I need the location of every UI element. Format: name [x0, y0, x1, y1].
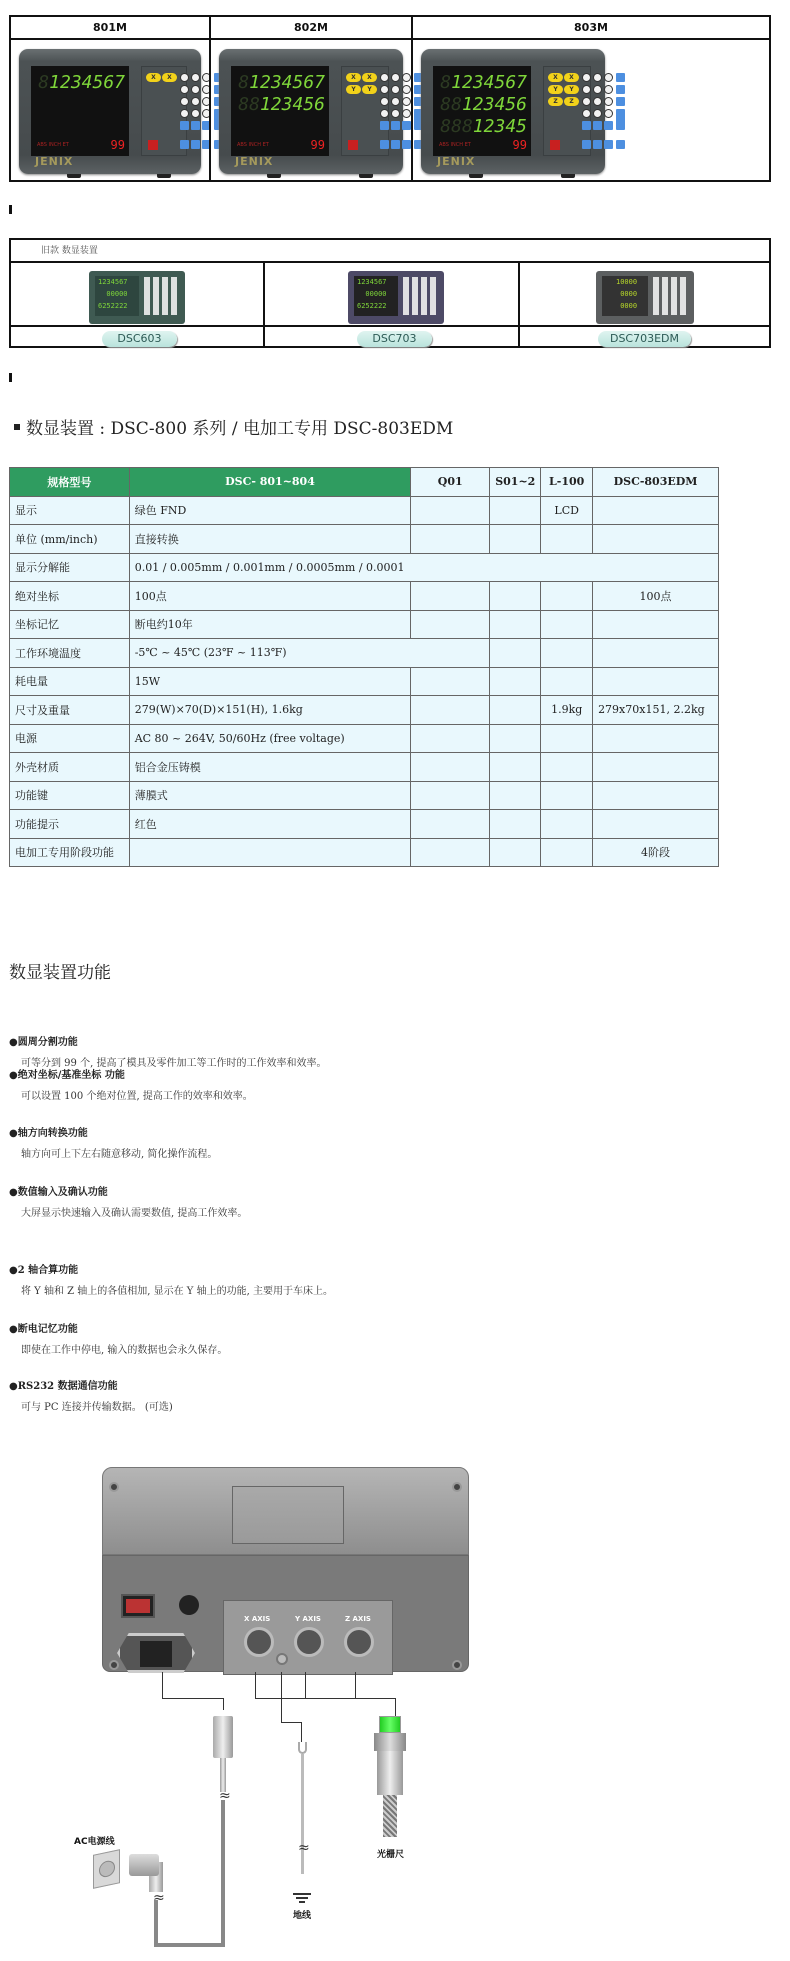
dro-unit-802m: 81234567 88123456 ABS INCH ET99 X X Y Y … [219, 49, 403, 174]
power-switch [121, 1594, 155, 1618]
model-header-802m: 802M [211, 17, 411, 40]
spec-table: 规格型号 DSC- 801~804 Q01 S01~2 L-100 DSC-80… [9, 467, 719, 867]
table-row: 工作环境温度-5℃ ~ 45℃ (23℉ ~ 113℉) [10, 639, 719, 668]
square-bullet-icon [14, 424, 20, 430]
feature-item: ●RS232 数据通信功能可与 PC 连接并传输数据。 (可选) [9, 1377, 173, 1413]
ground-terminal [276, 1653, 288, 1665]
z-axis-port [344, 1627, 374, 1657]
models-table: 801M 802M 803M 81234567 ABS INCH ET99 X … [9, 15, 771, 182]
display-screen: 81234567 88123456 ABS INCH ET99 [231, 66, 329, 156]
table-row: 坐标记忆断电约10年 [10, 610, 719, 639]
display-screen: 81234567 ABS INCH ET99 [31, 66, 129, 156]
label-plate [232, 1486, 344, 1544]
table-row: 外壳材质铝合金压铸模 [10, 753, 719, 782]
rear-panel-diagram: X AXIS Y AXIS Z AXIS [102, 1467, 469, 1672]
model-image-802m: 81234567 88123456 ABS INCH ET99 X X Y Y … [211, 42, 411, 180]
table-row: 显示绿色 FNDLCD [10, 496, 719, 525]
old-models-table: 旧款 数显装置 1234567 000006252222 1234567 000… [9, 238, 771, 348]
dsc703-image: 1234567 000006252222 [348, 271, 444, 324]
model-image-803m: 81234567 88123456 88812345 ABS INCH ET99… [413, 42, 613, 180]
model-header-803m: 803M [413, 17, 769, 40]
fuse-holder [179, 1595, 199, 1615]
iec-power-plug [213, 1716, 233, 1758]
spec-header-row: 规格型号 DSC- 801~804 Q01 S01~2 L-100 DSC-80… [10, 468, 719, 497]
x-axis-port [244, 1627, 274, 1657]
encoder-port-panel: X AXIS Y AXIS Z AXIS [223, 1600, 393, 1675]
table-row: 绝对坐标100点100点 [10, 582, 719, 611]
ground-lug [298, 1742, 307, 1754]
model-link-dsc603[interactable]: DSC603 [102, 331, 177, 347]
dsc703edm-image: 10000 0000 0000 [596, 271, 694, 324]
feature-item: ●轴方向转换功能轴方向可上下左右随意移动, 简化操作流程。 [9, 1124, 217, 1160]
brand-logo: JENIX [35, 155, 73, 168]
scale-connector [379, 1716, 401, 1733]
table-row: 电源AC 80 ~ 264V, 50/60Hz (free voltage) [10, 724, 719, 753]
model-link-dsc703[interactable]: DSC703 [357, 331, 432, 347]
feature-item: ●断电记忆功能即使在工作中停电, 输入的数据也会永久保存。 [9, 1320, 227, 1356]
table-row: 显示分解能0.01 / 0.005mm / 0.001mm / 0.0005mm… [10, 553, 719, 582]
dsc603-image: 1234567 000006252222 [89, 271, 185, 324]
table-row: 功能键薄膜式 [10, 781, 719, 810]
separator-bar [9, 373, 12, 382]
section-title: 数显装置 : DSC-800 系列 / 电加工专用 DSC-803EDM [14, 414, 453, 439]
keypad: X X Y Y Z Z [543, 66, 591, 156]
feature-item: ●绝对坐标/基准坐标 功能可以设置 100 个绝对位置, 提高工作的效率和效率。 [9, 1066, 253, 1102]
table-row: 尺寸及重量279(W)×70(D)×151(H), 1.6kg1.9kg279x… [10, 696, 719, 725]
dro-unit-803m: 81234567 88123456 88812345 ABS INCH ET99… [421, 49, 605, 174]
wall-socket-icon [93, 1849, 120, 1889]
separator-bar [9, 205, 12, 214]
x-key: X [162, 73, 177, 82]
ground-label: 地线 [293, 1908, 311, 1921]
table-row: 功能提示红色 [10, 810, 719, 839]
model-image-801m: 81234567 ABS INCH ET99 X X JENIX [11, 42, 209, 180]
linear-scale-label: 光栅尺 [377, 1847, 404, 1860]
feature-item: ●数值输入及确认功能大屏显示快速输入及确认需要数值, 提高工作效率。 [9, 1183, 247, 1219]
schuko-plug [129, 1854, 159, 1876]
keypad: X X Y Y [341, 66, 389, 156]
brand-logo: JENIX [235, 155, 273, 168]
ac-inlet [117, 1633, 195, 1673]
dro-unit-801m: 81234567 ABS INCH ET99 X X JENIX [19, 49, 201, 174]
table-row: 单位 (mm/inch)直接转换 [10, 525, 719, 554]
ground-symbol-icon [293, 1893, 311, 1895]
y-axis-port [294, 1627, 324, 1657]
display-screen: 81234567 88123456 88812345 ABS INCH ET99 [433, 66, 531, 156]
model-header-801m: 801M [11, 17, 209, 40]
brand-logo: JENIX [437, 155, 475, 168]
old-models-caption: 旧款 数显装置 [11, 240, 769, 263]
feature-item: ●2 轴合算功能将 Y 轴和 Z 轴上的各值相加, 显示在 Y 轴上的功能, 主… [9, 1261, 333, 1297]
table-row: 耗电量15W [10, 667, 719, 696]
feature-item: ●圆周分割功能可等分到 99 个, 提高了模具及零件加工等工作时的工作效率和效率… [9, 1033, 326, 1069]
features-title: 数显装置功能 [9, 958, 111, 983]
keypad: X X [141, 66, 187, 156]
ac-power-label: AC电源线 [74, 1834, 115, 1847]
model-link-dsc703edm[interactable]: DSC703EDM [598, 331, 691, 347]
table-row: 电加工专用阶段功能4阶段 [10, 838, 719, 867]
x-zero-key: X [146, 73, 161, 82]
